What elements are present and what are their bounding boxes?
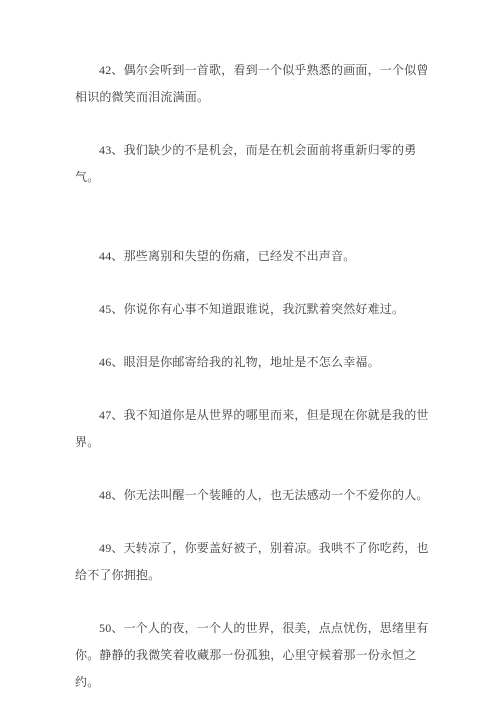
- document-page: 42、偶尔会听到一首歌，看到一个似乎熟悉的画面，一个似曾相识的微笑而泪流满面。 …: [0, 0, 500, 707]
- quote-item-47: 47、我不知道你是从世界的哪里而来，但是现在你就是我的世界。: [75, 402, 430, 456]
- quote-item-42: 42、偶尔会听到一首歌，看到一个似乎熟悉的画面，一个似曾相识的微笑而泪流满面。: [75, 57, 430, 111]
- quote-item-43: 43、我们缺少的不是机会，而是在机会面前将重新归零的勇气。: [75, 137, 430, 191]
- document-body: 42、偶尔会听到一首歌，看到一个似乎熟悉的画面，一个似曾相识的微笑而泪流满面。 …: [0, 0, 500, 696]
- quote-item-44: 44、那些离别和失望的伤痛，已经发不出声音。: [75, 243, 430, 270]
- quote-item-50: 50、一个人的夜，一个人的世界，很美，点点忧伤，思绪里有你。静静的我微笑着收藏那…: [75, 615, 430, 696]
- quote-item-45: 45、你说你有心事不知道跟谁说，我沉默着突然好难过。: [75, 296, 430, 323]
- quote-item-49: 49、天转凉了，你要盖好被子，别着凉。我哄不了你吃药，也给不了你拥抱。: [75, 535, 430, 589]
- quote-item-48: 48、你无法叫醒一个装睡的人，也无法感动一个不爱你的人。: [75, 482, 430, 509]
- quote-item-46: 46、眼泪是你邮寄给我的礼物，地址是不怎么幸福。: [75, 349, 430, 376]
